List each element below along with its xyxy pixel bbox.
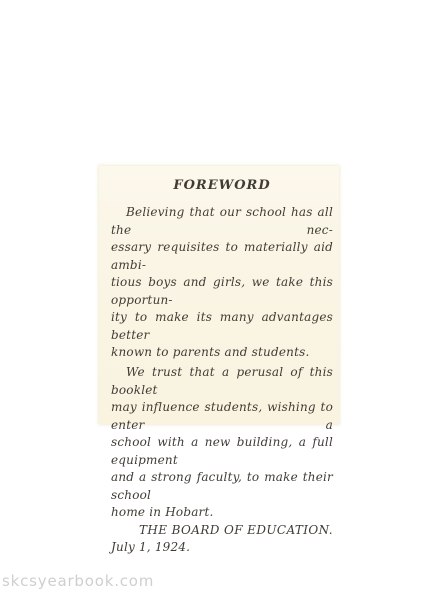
text-line: school with a new building, a full equip…	[111, 434, 333, 469]
yearbook-page: FOREWORD Believing that our school has a…	[99, 166, 339, 424]
paragraph: We trust that a perusal of this bookletm…	[111, 364, 333, 522]
text-line: ity to make its many advantages better	[111, 309, 333, 344]
paragraph: Believing that our school has all the ne…	[111, 204, 333, 362]
date-line: July 1, 1924.	[111, 539, 333, 557]
text-line: known to parents and students.	[111, 344, 333, 362]
text-line: essary requisites to materially aid ambi…	[111, 239, 333, 274]
scanned-image-canvas: FOREWORD Believing that our school has a…	[0, 0, 440, 600]
page-title: FOREWORD	[111, 179, 333, 193]
text-line: Believing that our school has all the ne…	[111, 204, 333, 239]
text-line: and a strong faculty, to make their scho…	[111, 469, 333, 504]
text-line: We trust that a perusal of this booklet	[111, 364, 333, 399]
paragraphs-container: Believing that our school has all the ne…	[111, 204, 333, 522]
text-line: may influence students, wishing to enter…	[111, 399, 333, 434]
foreword-text-block: Believing that our school has all the ne…	[111, 204, 333, 557]
text-line: tious boys and girls, we take this oppor…	[111, 274, 333, 309]
watermark-text: skcsyearbook.com	[2, 572, 154, 590]
text-line: home in Hobart.	[111, 504, 333, 522]
signature-line: THE BOARD OF EDUCATION.	[111, 522, 333, 540]
